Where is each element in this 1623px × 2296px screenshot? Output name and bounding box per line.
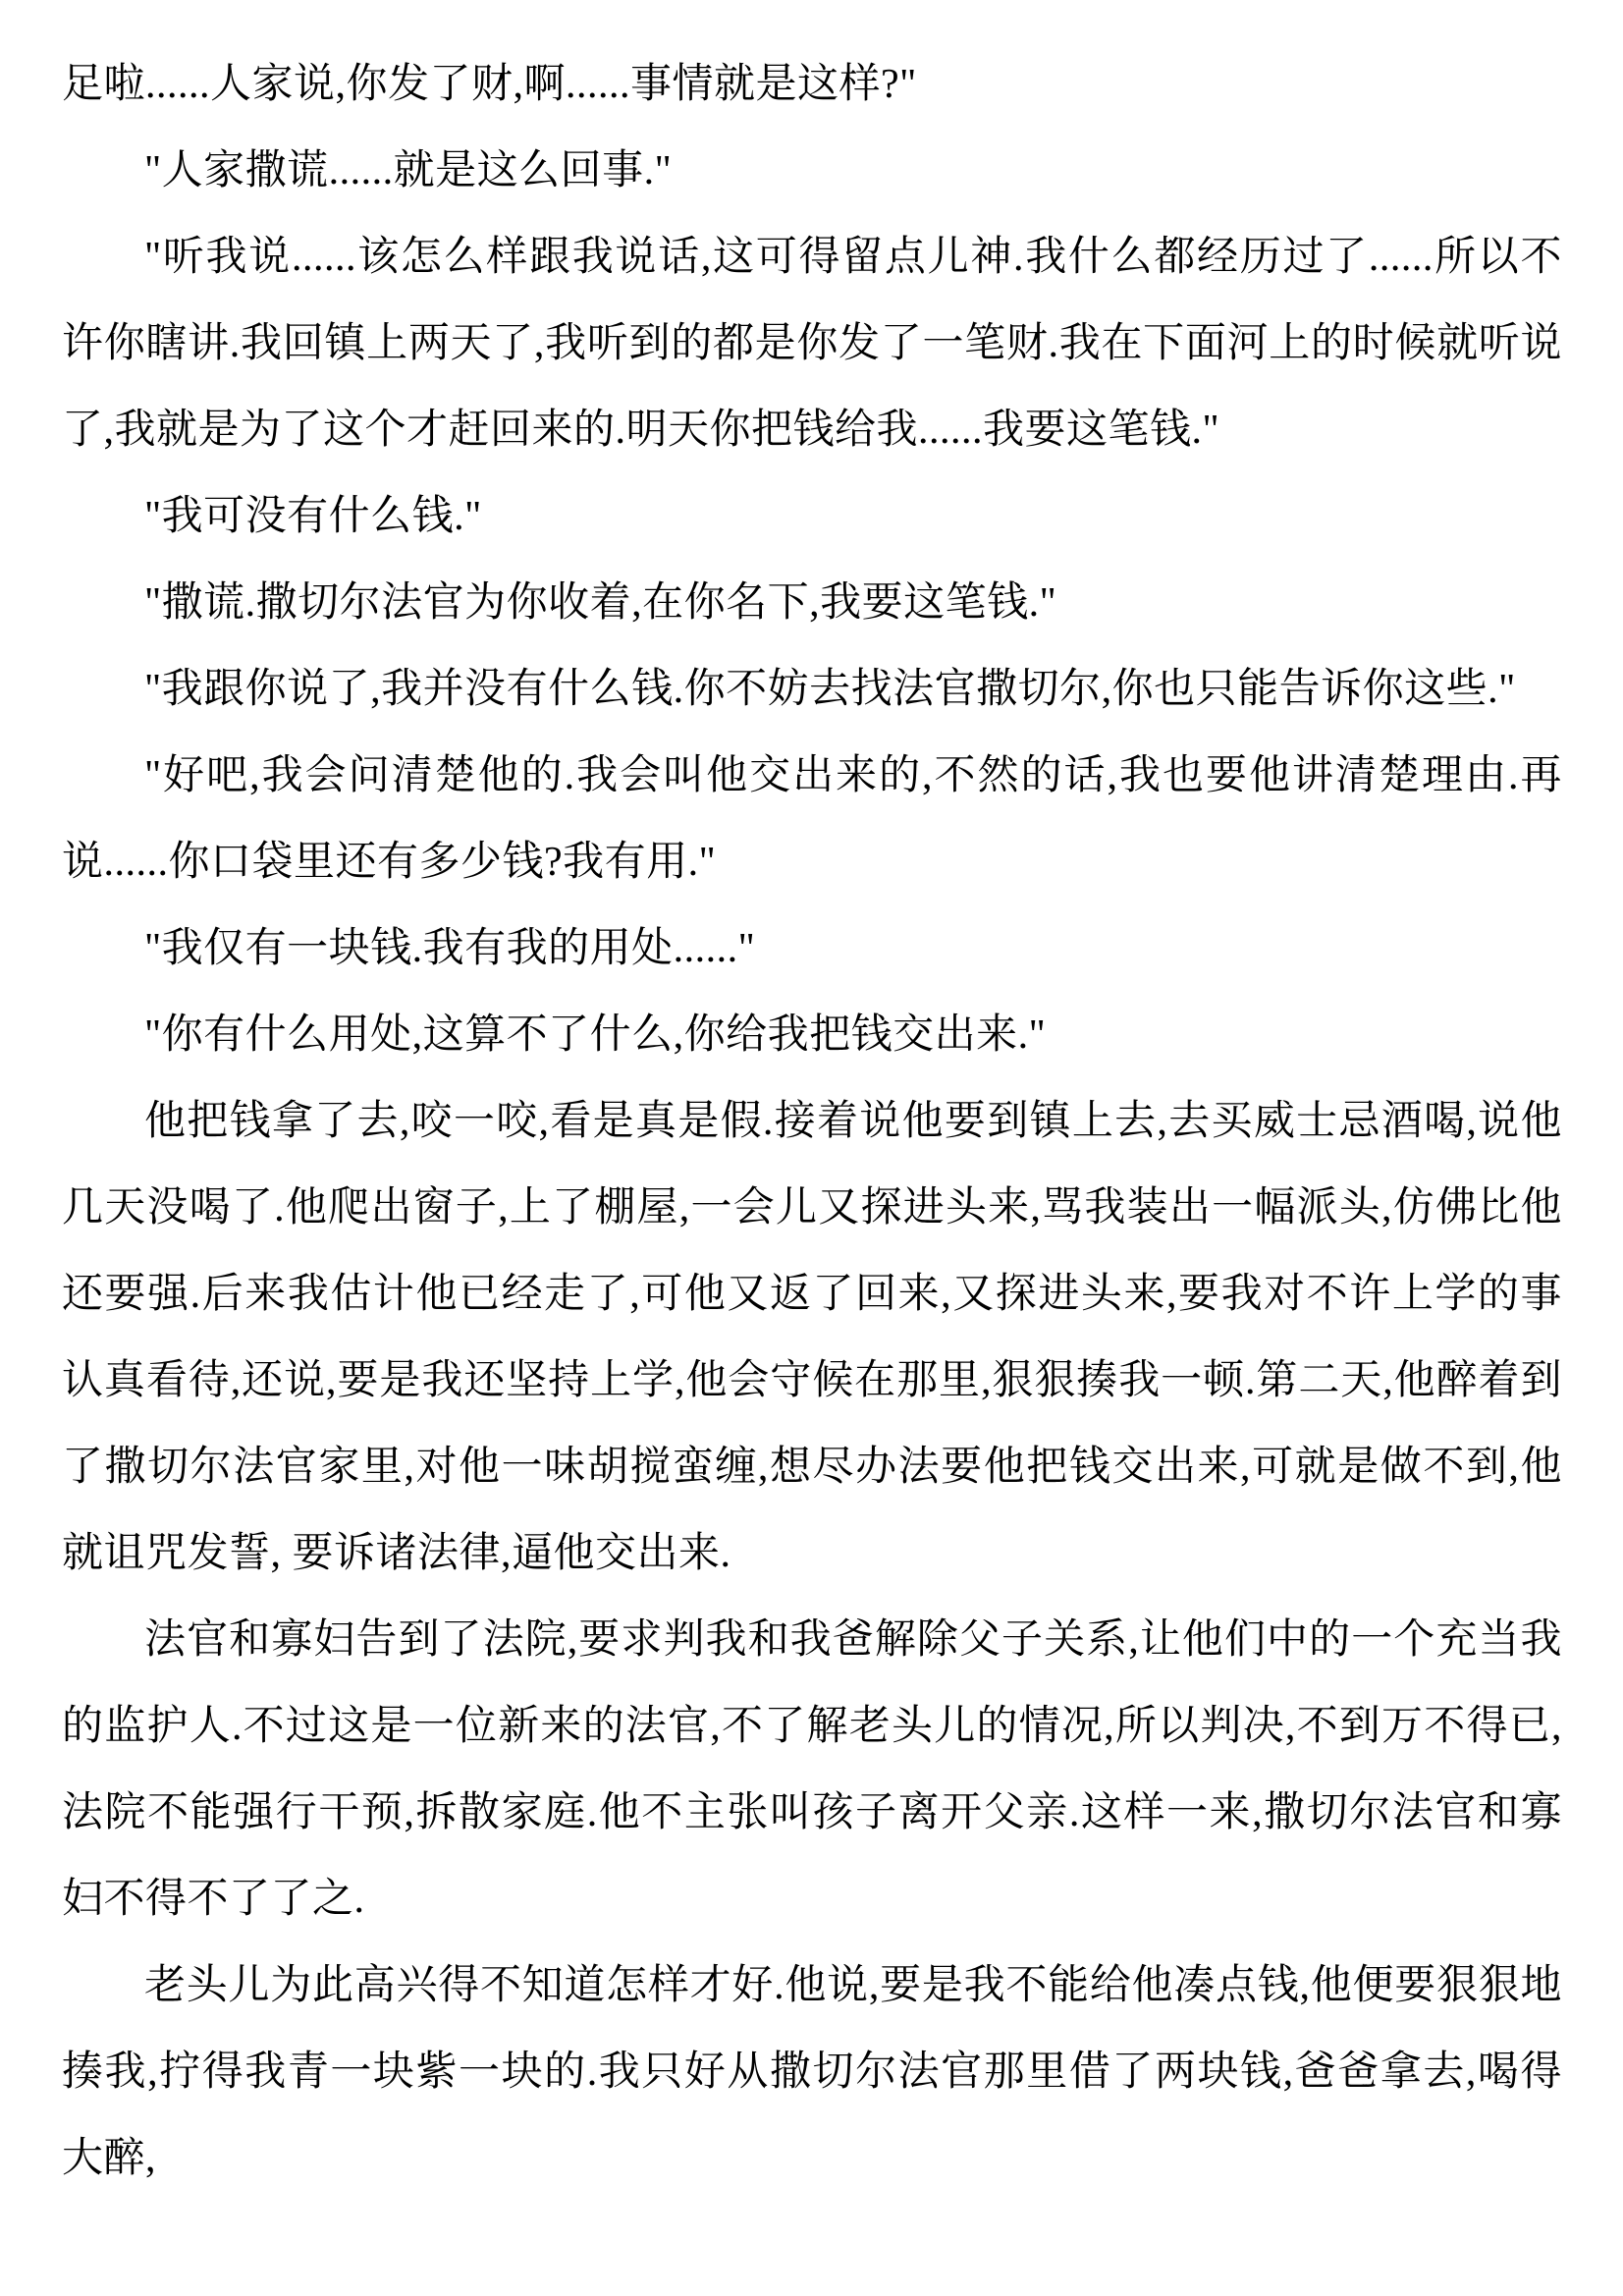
paragraph: "撒谎.撒切尔法官为你收着,在你名下,我要这笔钱." [62, 560, 1562, 646]
paragraph: 老头儿为此高兴得不知道怎样才好.他说,要是我不能给他凑点钱,他便要狠狠地揍我,拧… [62, 1942, 1562, 2202]
paragraph: "我跟你说了,我并没有什么钱.你不妨去找法官撒切尔,你也只能告诉你这些." [62, 646, 1562, 733]
paragraph: "你有什么用处,这算不了什么,你给我把钱交出来." [62, 992, 1562, 1078]
paragraph: "好吧,我会问清楚他的.我会叫他交出来的,不然的话,我也要他讲清楚理由.再说..… [62, 733, 1562, 905]
page-text-block: 足啦......人家说,你发了财,啊......事情就是这样?" "人家撒谎..… [62, 41, 1562, 2202]
paragraph: "我仅有一块钱.我有我的用处......" [62, 905, 1562, 992]
paragraph: 他把钱拿了去,咬一咬,看是真是假.接着说他要到镇上去,去买威士忌酒喝,说他几天没… [62, 1078, 1562, 1597]
paragraph: "听我说......该怎么样跟我说话,这可得留点儿神.我什么都经历过了.....… [62, 214, 1562, 473]
book-page: 足啦......人家说,你发了财,啊......事情就是这样?" "人家撒谎..… [0, 0, 1623, 2296]
paragraph: 法官和寡妇告到了法院,要求判我和我爸解除父子关系,让他们中的一个充当我的监护人.… [62, 1597, 1562, 1942]
paragraph: 足啦......人家说,你发了财,啊......事情就是这样?" [62, 41, 1562, 128]
paragraph: "人家撒谎......就是这么回事." [62, 128, 1562, 214]
paragraph: "我可没有什么钱." [62, 473, 1562, 560]
